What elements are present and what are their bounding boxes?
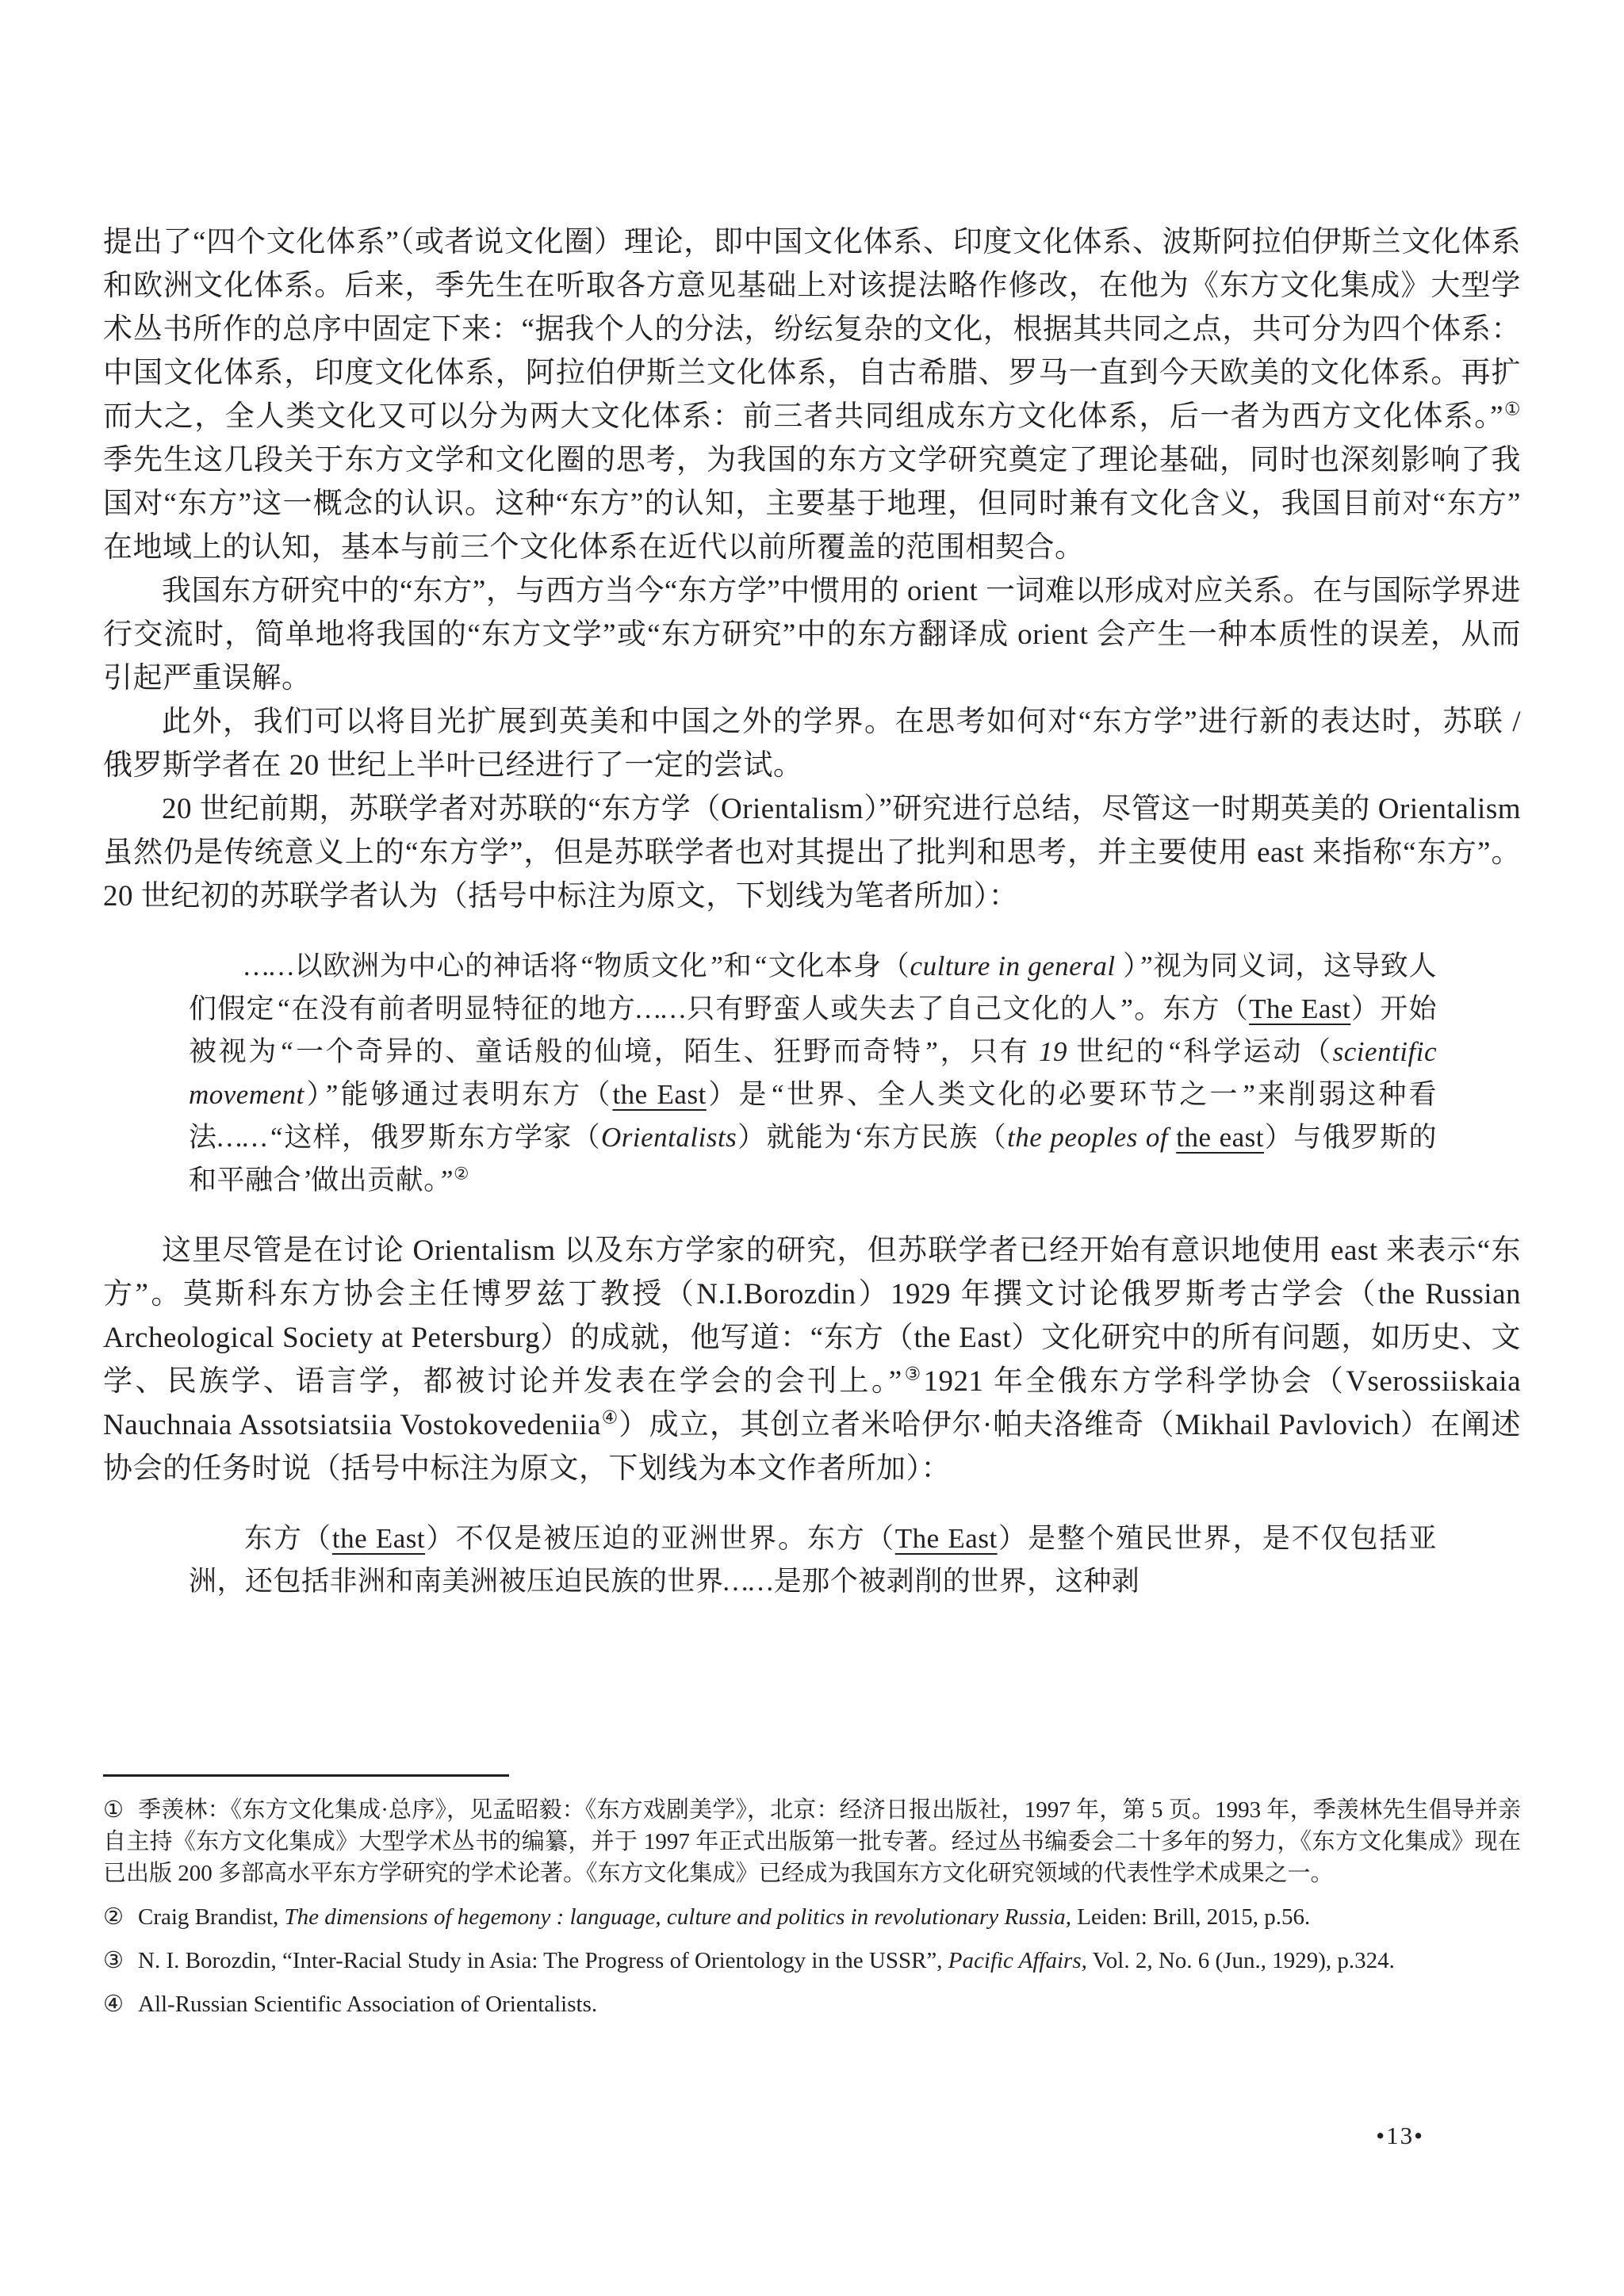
footnotes-section: ①季羡林：《东方文化集成·总序》，见孟昭毅：《东方戏剧美学》，北京：经济日报出版… [103, 1774, 1521, 2032]
footnote-marker: ① [103, 1797, 124, 1823]
body-paragraph: 20 世纪前期，苏联学者对苏联的“东方学（Orientalism）”研究进行总结… [103, 787, 1521, 918]
footnote: ③N. I. Borozdin, “Inter-Racial Study in … [103, 1945, 1521, 1976]
body-paragraph: 这里尽管是在讨论 Orientalism 以及东方学家的研究，但苏联学者已经开始… [103, 1229, 1521, 1490]
footnote-text: All-Russian Scientific Association of Or… [138, 1992, 597, 2017]
block-quote: 东方（the East）不仅是被压迫的亚洲世界。东方（The East）是整个殖… [189, 1517, 1437, 1603]
footnote: ①季羡林：《东方文化集成·总序》，见孟昭毅：《东方戏剧美学》，北京：经济日报出版… [103, 1794, 1521, 1889]
footnote-separator [103, 1774, 509, 1777]
page-number: •13• [1376, 2122, 1424, 2150]
footnote-marker: ③ [103, 1948, 124, 1973]
footnote-marker: ② [103, 1904, 124, 1930]
footnote: ②Craig Brandist, The dimensions of hegem… [103, 1901, 1521, 1933]
body-paragraph: 我国东方研究中的“东方”，与西方当今“东方学”中惯用的 orient 一词难以形… [103, 569, 1521, 700]
footnote-marker: ④ [103, 1992, 124, 2017]
body-paragraph: 提出了“四个文化体系”（或者说文化圈）理论，即中国文化体系、印度文化体系、波斯阿… [103, 220, 1521, 569]
footnote-text: Craig Brandist, The dimensions of hegemo… [138, 1904, 1310, 1930]
footnote-text: N. I. Borozdin, “Inter-Racial Study in A… [138, 1948, 1395, 1973]
body-text: 提出了“四个文化体系”（或者说文化圈）理论，即中国文化体系、印度文化体系、波斯阿… [103, 220, 1521, 1630]
body-paragraph: 此外，我们可以将目光扩展到英美和中国之外的学界。在思考如何对“东方学”进行新的表… [103, 700, 1521, 787]
footnote: ④All-Russian Scientific Association of O… [103, 1988, 1521, 2020]
block-quote: ……以欧洲为中心的神话将“物质文化”和“文化本身（culture in gene… [189, 945, 1437, 1202]
footnote-text: 季羡林：《东方文化集成·总序》，见孟昭毅：《东方戏剧美学》，北京：经济日报出版社… [103, 1797, 1521, 1886]
document-page: 提出了“四个文化体系”（或者说文化圈）理论，即中国文化体系、印度文化体系、波斯阿… [0, 0, 1624, 2296]
